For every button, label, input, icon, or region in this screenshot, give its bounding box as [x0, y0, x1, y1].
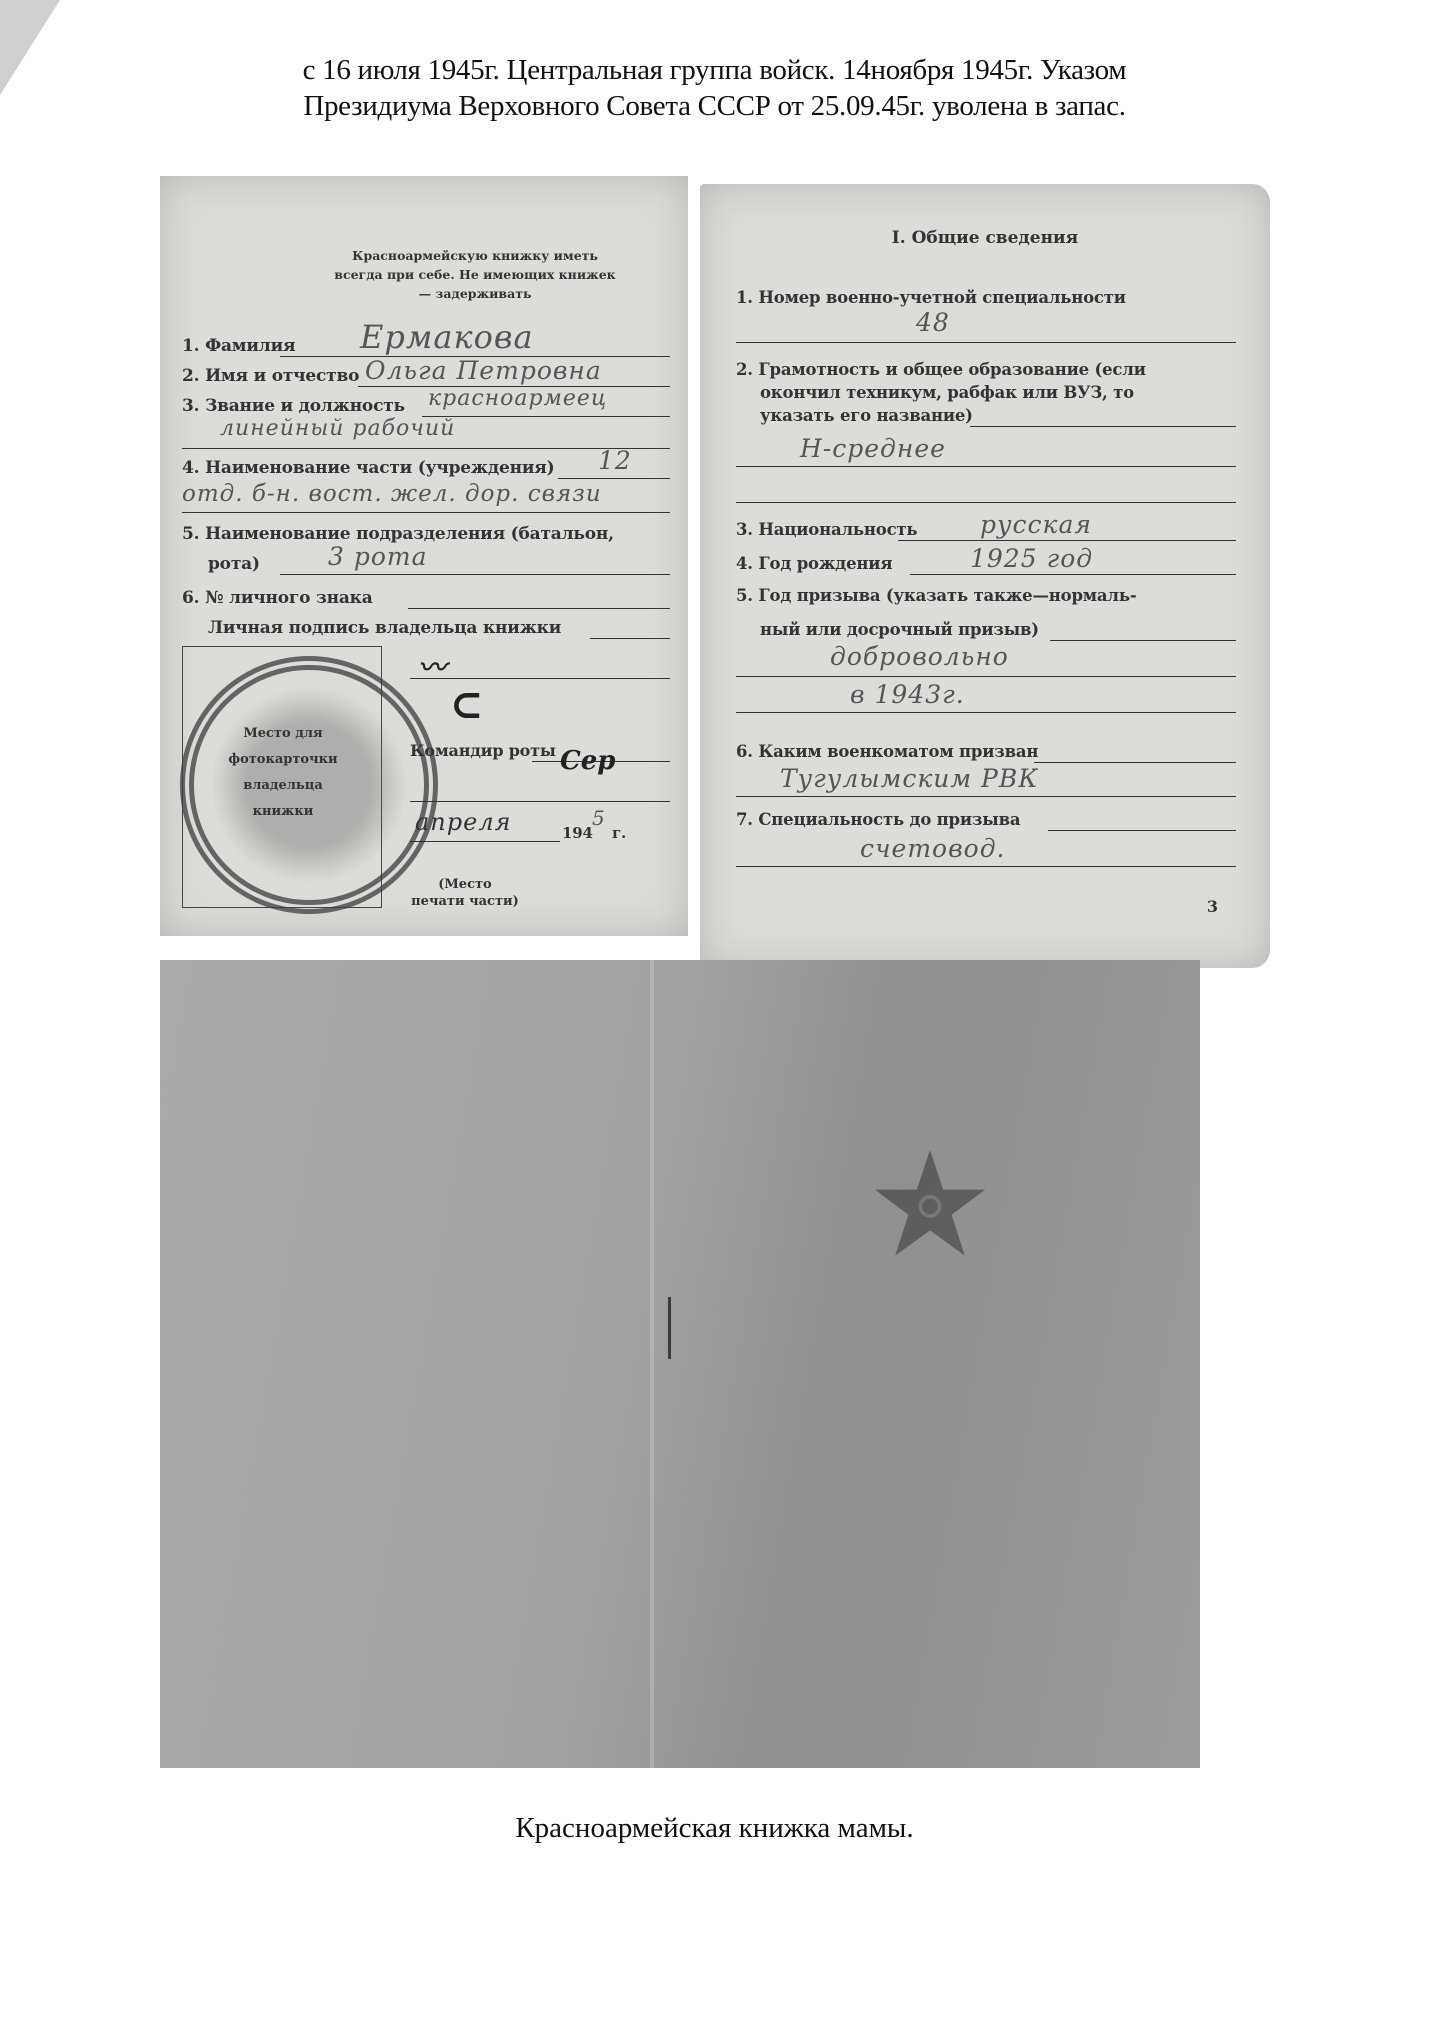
- field-education-label: 2. Грамотность и общее образование (если: [736, 360, 1146, 379]
- field-subdivision-label: 5. Наименование подразделения (батальон,: [182, 524, 614, 544]
- field-rule: [408, 608, 670, 609]
- field-unit-value-2: отд. б-н. вост. жел. дор. связи: [182, 481, 602, 507]
- header-caption: с 16 июля 1945г. Центральная группа войс…: [0, 52, 1429, 124]
- field-education-value: Н-среднее: [800, 434, 946, 463]
- field-rule: [558, 478, 670, 479]
- field-rule: [736, 796, 1236, 797]
- seal-place-label: (Место печати части): [410, 876, 520, 910]
- field-birth-year-label: 4. Год рождения: [736, 554, 892, 573]
- section-title: I. Общие сведения: [700, 228, 1270, 248]
- field-commissariat-label: 6. Каким военкоматом призван: [736, 742, 1038, 761]
- commander-label: Командир роты: [410, 741, 556, 760]
- field-rule: [970, 426, 1236, 427]
- field-rule: [736, 466, 1236, 467]
- field-badge-label: 6. № личного знака: [182, 588, 373, 608]
- issue-date-value: апреля: [415, 808, 512, 836]
- field-subdivision-value: 3 рота: [328, 542, 428, 571]
- field-education-label-2: окончил техникум, рабфак или ВУЗ, то: [760, 383, 1134, 402]
- field-rule: [736, 866, 1236, 867]
- booklet-cover: [160, 960, 1200, 1768]
- field-rule: [736, 712, 1236, 713]
- field-rule: [182, 448, 670, 449]
- field-surname-value: Ермакова: [360, 318, 534, 356]
- staple: [668, 1297, 671, 1359]
- field-rank-value: красноармеец: [428, 386, 607, 411]
- field-birth-year-value: 1925 год: [970, 544, 1093, 573]
- cover-spine: [650, 960, 654, 1768]
- page-number: 3: [1207, 897, 1218, 916]
- field-draft-year-label-2: ный или досрочный призыв): [760, 620, 1039, 639]
- field-nationality-value: русская: [980, 510, 1092, 539]
- field-rule: [182, 512, 670, 513]
- field-name-value: Ольга Петровна: [365, 356, 602, 385]
- photo-place-label: Место для фотокарточки владельца книжки: [218, 721, 348, 825]
- field-commissariat-value: Тугулымским РВК: [780, 764, 1039, 793]
- booklet-open-spread: Красноармейскую книжку иметь всегда при …: [160, 176, 1270, 960]
- field-rank-label: 3. Звание и должность: [182, 396, 405, 416]
- booklet-left-page: Красноармейскую книжку иметь всегда при …: [160, 176, 688, 936]
- owner-signature: 〰: [418, 646, 446, 686]
- field-draft-year-value: добровольно: [830, 642, 1009, 671]
- field-rule: [590, 638, 670, 639]
- field-rule: [280, 574, 670, 575]
- field-rule: [1048, 830, 1236, 831]
- field-name-label: 2. Имя и отчество: [182, 366, 359, 386]
- header-line-2: Президиума Верховного Совета СССР от 25.…: [0, 88, 1429, 124]
- field-prior-specialty-label: 7. Специальность до призыва: [736, 810, 1020, 829]
- field-subdivision-label-2: рота): [208, 554, 260, 574]
- field-education-label-3: указать его название): [760, 406, 973, 425]
- field-rule: [898, 540, 1236, 541]
- booklet-right-page: I. Общие сведения 1. Номер военно-учетно…: [700, 184, 1270, 968]
- field-draft-year-label: 5. Год призыва (указать также—нормаль-: [736, 586, 1137, 605]
- field-rule: [1034, 762, 1236, 763]
- field-draft-year-value-2: в 1943г.: [850, 680, 965, 709]
- issue-year-prefix: 194: [562, 824, 593, 842]
- field-unit-value: 12: [598, 446, 632, 475]
- field-rule: [410, 841, 560, 842]
- field-signature-label: Личная подпись владельца книжки: [208, 618, 561, 638]
- field-rule: [736, 342, 1236, 343]
- field-rule: [736, 676, 1236, 677]
- field-rule: [410, 801, 670, 802]
- field-unit-label: 4. Наименование части (учреждения): [182, 458, 554, 478]
- issue-year-suffix: г.: [612, 824, 626, 842]
- field-prior-specialty-value: счетовод.: [860, 834, 1006, 863]
- field-rank-value-2: линейный рабочий: [220, 416, 455, 441]
- signature-flourish: ⊂: [450, 681, 484, 728]
- field-rule: [1050, 640, 1236, 641]
- field-specialty-number-value: 48: [916, 308, 950, 337]
- field-surname-label: 1. Фамилия: [182, 336, 295, 356]
- field-specialty-number-label: 1. Номер военно-учетной специальности: [736, 288, 1126, 307]
- notice-text: Красноармейскую книжку иметь всегда при …: [330, 246, 620, 303]
- field-rule: [910, 574, 1236, 575]
- commander-signature: Сер: [560, 746, 615, 776]
- header-line-1: с 16 июля 1945г. Центральная группа войс…: [0, 52, 1429, 88]
- field-rule: [736, 502, 1236, 503]
- star-hammer-sickle-icon: [870, 1144, 990, 1264]
- issue-year-digit: 5: [592, 806, 606, 830]
- field-nationality-label: 3. Национальность: [736, 520, 917, 539]
- field-rule: [422, 416, 670, 417]
- field-rule: [410, 678, 670, 679]
- footer-caption: Красноармейская книжка мамы.: [0, 1812, 1429, 1845]
